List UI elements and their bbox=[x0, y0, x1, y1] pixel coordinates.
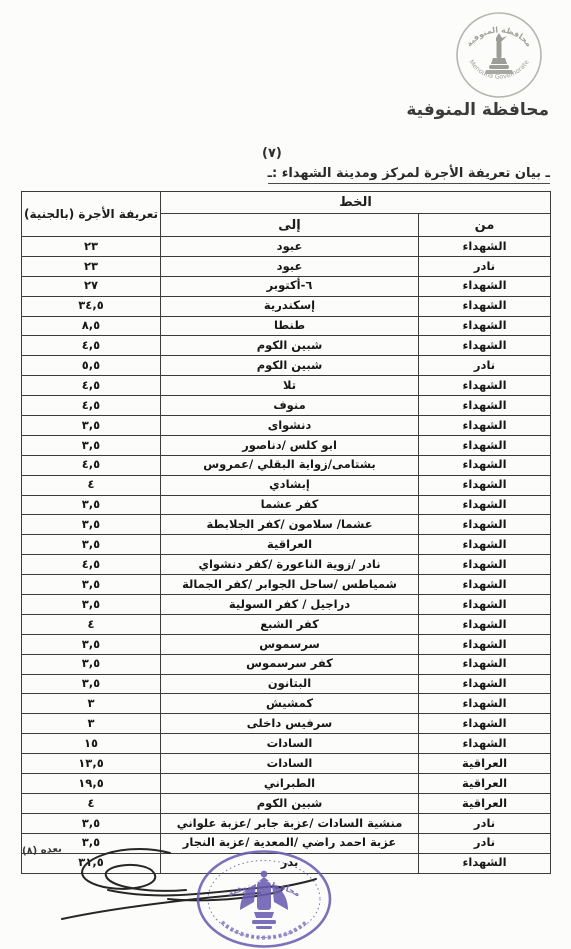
page-number: (٧) bbox=[262, 146, 282, 161]
fare-header-cell: تعريفة الأجرة (بالجنية) bbox=[22, 192, 161, 237]
from-cell: الشهداء bbox=[419, 495, 551, 515]
to-cell: السادات bbox=[161, 754, 419, 774]
fare-cell: ٣,٥ bbox=[22, 416, 161, 436]
from-cell: نادر bbox=[419, 256, 551, 276]
from-cell: الشهداء bbox=[419, 276, 551, 296]
from-cell: الشهداء bbox=[419, 316, 551, 336]
menoufia-governorate-seal: محافظة المنوفية Menoufia Governorate bbox=[452, 10, 546, 100]
to-cell: بشتامى/زواية البقلي /عمروس bbox=[161, 455, 419, 475]
fare-cell: ٤,٥ bbox=[22, 396, 161, 416]
to-cell: شبين الكوم bbox=[161, 336, 419, 356]
from-cell: الشهداء bbox=[419, 674, 551, 694]
fare-cell: ٤ bbox=[22, 614, 161, 634]
fare-cell: ٨,٥ bbox=[22, 316, 161, 336]
table-row: نادر منشية السادات /عزبة جابر /عزبة علوا… bbox=[22, 813, 551, 833]
to-cell: سرفيس داخلى bbox=[161, 714, 419, 734]
from-cell: العراقية bbox=[419, 774, 551, 794]
to-header-cell: إلى bbox=[161, 214, 419, 237]
fare-cell: ٣,٥ bbox=[22, 813, 161, 833]
fare-cell: ٢٣ bbox=[22, 237, 161, 257]
table-row: الشهداء بشتامى/زواية البقلي /عمروس ٤,٥ bbox=[22, 455, 551, 475]
from-cell: الشهداء bbox=[419, 734, 551, 754]
table-row: الشهداء كفر سرسموس ٣,٥ bbox=[22, 654, 551, 674]
scanned-document-page: محافظة المنوفية Menoufia Governorate محا… bbox=[0, 0, 571, 949]
from-cell: العراقية bbox=[419, 754, 551, 774]
to-cell: دراجيل / كفر السولية bbox=[161, 595, 419, 615]
to-cell: ابو كلس /دناصور bbox=[161, 435, 419, 455]
fare-cell: ٢٣ bbox=[22, 256, 161, 276]
to-cell: شبين الكوم bbox=[161, 793, 419, 813]
table-row: الشهداء ٦-أكتوبر ٢٧ bbox=[22, 276, 551, 296]
table-row: الشهداء شبين الكوم ٤,٥ bbox=[22, 336, 551, 356]
to-cell: منشية السادات /عزبة جابر /عزبة علواني bbox=[161, 813, 419, 833]
fare-tariff-table: الخط تعريفة الأجرة (بالجنية) من إلى الشه… bbox=[21, 191, 551, 874]
to-cell: كفر الشبع bbox=[161, 614, 419, 634]
to-cell: الطبراني bbox=[161, 774, 419, 794]
table-row: الشهداء نادر /زوية الناعورة /كفر دنشواي … bbox=[22, 555, 551, 575]
fare-cell: ٤ bbox=[22, 475, 161, 495]
fare-cell: ٣,٥ bbox=[22, 515, 161, 535]
from-cell: الشهداء bbox=[419, 455, 551, 475]
monument-icon bbox=[485, 33, 514, 74]
from-cell: الشهداء bbox=[419, 376, 551, 396]
table-row: الشهداء ابو كلس /دناصور ٣,٥ bbox=[22, 435, 551, 455]
to-cell: السادات bbox=[161, 734, 419, 754]
table-row: الشهداء كفر الشبع ٤ bbox=[22, 614, 551, 634]
to-cell: عبود bbox=[161, 256, 419, 276]
from-cell: العراقية bbox=[419, 793, 551, 813]
table-row: الشهداء منوف ٤,٥ bbox=[22, 396, 551, 416]
table-row: الشهداء إبشادي ٤ bbox=[22, 475, 551, 495]
table-row: الشهداء البتانون ٣,٥ bbox=[22, 674, 551, 694]
governorate-title: محافظة المنوفية bbox=[406, 100, 549, 120]
fare-cell: ٣٤,٥ bbox=[22, 296, 161, 316]
table-row: الشهداء كفر عشما ٣,٥ bbox=[22, 495, 551, 515]
from-cell: نادر bbox=[419, 833, 551, 853]
table-row: العراقية شبين الكوم ٤ bbox=[22, 793, 551, 813]
to-cell: البتانون bbox=[161, 674, 419, 694]
statement-title: ـ بيان تعريفة الأجرة لمركز ومدينة الشهدا… bbox=[268, 166, 550, 184]
table-row: الشهداء طنطا ٨,٥ bbox=[22, 316, 551, 336]
to-cell: شبين الكوم bbox=[161, 356, 419, 376]
to-cell: كمشيش bbox=[161, 694, 419, 714]
fare-cell: ٢٧ bbox=[22, 276, 161, 296]
table-row: الشهداء كمشيش ٣ bbox=[22, 694, 551, 714]
from-cell: الشهداء bbox=[419, 435, 551, 455]
to-cell: عشما/ سلامون /كفر الجلابطة bbox=[161, 515, 419, 535]
from-cell: الشهداء bbox=[419, 575, 551, 595]
from-header-cell: من bbox=[419, 214, 551, 237]
from-cell: الشهداء bbox=[419, 853, 551, 873]
from-cell: الشهداء bbox=[419, 595, 551, 615]
table-row: الشهداء شمياطس /ساحل الجوابر /كفر الجمال… bbox=[22, 575, 551, 595]
fare-cell: ٥,٥ bbox=[22, 356, 161, 376]
fare-cell: ٣,٥ bbox=[22, 634, 161, 654]
table-row: العراقية السادات ١٣,٥ bbox=[22, 754, 551, 774]
fare-cell: ٤,٥ bbox=[22, 455, 161, 475]
stamp-lower-text-marks bbox=[222, 922, 306, 938]
table-row: العراقية الطبراني ١٩,٥ bbox=[22, 774, 551, 794]
official-eagle-stamp: محافظة المنوفية bbox=[194, 850, 336, 949]
fare-cell: ٣,٥ bbox=[22, 674, 161, 694]
table-row: الشهداء سرفيس داخلى ٣ bbox=[22, 714, 551, 734]
fare-cell: ١٥ bbox=[22, 734, 161, 754]
fare-cell: ٣,٥ bbox=[22, 654, 161, 674]
table-row: الشهداء دنشواى ٣,٥ bbox=[22, 416, 551, 436]
to-cell: تلا bbox=[161, 376, 419, 396]
fare-cell: ٣,٥ bbox=[22, 495, 161, 515]
table-row: الشهداء السادات ١٥ bbox=[22, 734, 551, 754]
table-header: الخط تعريفة الأجرة (بالجنية) من إلى bbox=[22, 192, 551, 237]
line-header-cell: الخط bbox=[161, 192, 551, 214]
table-row: الشهداء إسكندرية ٣٤,٥ bbox=[22, 296, 551, 316]
to-cell: كفر عشما bbox=[161, 495, 419, 515]
to-cell: ٦-أكتوبر bbox=[161, 276, 419, 296]
to-cell: كفر سرسموس bbox=[161, 654, 419, 674]
from-cell: نادر bbox=[419, 356, 551, 376]
fare-cell: ٣,٥ bbox=[22, 435, 161, 455]
to-cell: إسكندرية bbox=[161, 296, 419, 316]
fare-cell: ٤,٥ bbox=[22, 336, 161, 356]
table-row: الشهداء عشما/ سلامون /كفر الجلابطة ٣,٥ bbox=[22, 515, 551, 535]
to-cell: عبود bbox=[161, 237, 419, 257]
fare-cell: ٣ bbox=[22, 694, 161, 714]
fare-cell: ٤ bbox=[22, 793, 161, 813]
table-row: الشهداء العراقية ٣,٥ bbox=[22, 535, 551, 555]
table-row: الشهداء تلا ٤,٥ bbox=[22, 376, 551, 396]
fare-cell: ٤,٥ bbox=[22, 555, 161, 575]
fare-cell: ٣,٥ bbox=[22, 595, 161, 615]
to-cell: نادر /زوية الناعورة /كفر دنشواي bbox=[161, 555, 419, 575]
table-row: نادر شبين الكوم ٥,٥ bbox=[22, 356, 551, 376]
from-cell: الشهداء bbox=[419, 614, 551, 634]
from-cell: الشهداء bbox=[419, 416, 551, 436]
from-cell: الشهداء bbox=[419, 654, 551, 674]
from-cell: الشهداء bbox=[419, 694, 551, 714]
to-cell: إبشادي bbox=[161, 475, 419, 495]
to-cell: منوف bbox=[161, 396, 419, 416]
from-cell: الشهداء bbox=[419, 396, 551, 416]
fare-cell: ١٩,٥ bbox=[22, 774, 161, 794]
from-cell: الشهداء bbox=[419, 535, 551, 555]
table-row: الشهداء سرسموس ٣,٥ bbox=[22, 634, 551, 654]
from-cell: الشهداء bbox=[419, 475, 551, 495]
from-cell: الشهداء bbox=[419, 634, 551, 654]
from-cell: الشهداء bbox=[419, 555, 551, 575]
from-cell: نادر bbox=[419, 813, 551, 833]
table-body: الشهداء عبود ٢٣ نادر عبود ٢٣ الشهداء ٦-أ… bbox=[22, 237, 551, 874]
to-cell: شمياطس /ساحل الجوابر /كفر الجمالة bbox=[161, 575, 419, 595]
fare-cell: ١٣,٥ bbox=[22, 754, 161, 774]
from-cell: الشهداء bbox=[419, 515, 551, 535]
from-cell: الشهداء bbox=[419, 336, 551, 356]
to-cell: دنشواى bbox=[161, 416, 419, 436]
to-cell: العراقية bbox=[161, 535, 419, 555]
fare-cell: ٣,٥ bbox=[22, 575, 161, 595]
eagle-emblem-icon bbox=[240, 871, 288, 929]
from-cell: الشهداء bbox=[419, 237, 551, 257]
fare-cell: ٣ bbox=[22, 714, 161, 734]
to-cell: طنطا bbox=[161, 316, 419, 336]
from-cell: الشهداء bbox=[419, 296, 551, 316]
fare-cell: ٤,٥ bbox=[22, 376, 161, 396]
table-row: نادر عبود ٢٣ bbox=[22, 256, 551, 276]
to-cell: سرسموس bbox=[161, 634, 419, 654]
from-cell: الشهداء bbox=[419, 714, 551, 734]
fare-cell: ٣,٥ bbox=[22, 535, 161, 555]
table-row: الشهداء عبود ٢٣ bbox=[22, 237, 551, 257]
table-row: الشهداء دراجيل / كفر السولية ٣,٥ bbox=[22, 595, 551, 615]
